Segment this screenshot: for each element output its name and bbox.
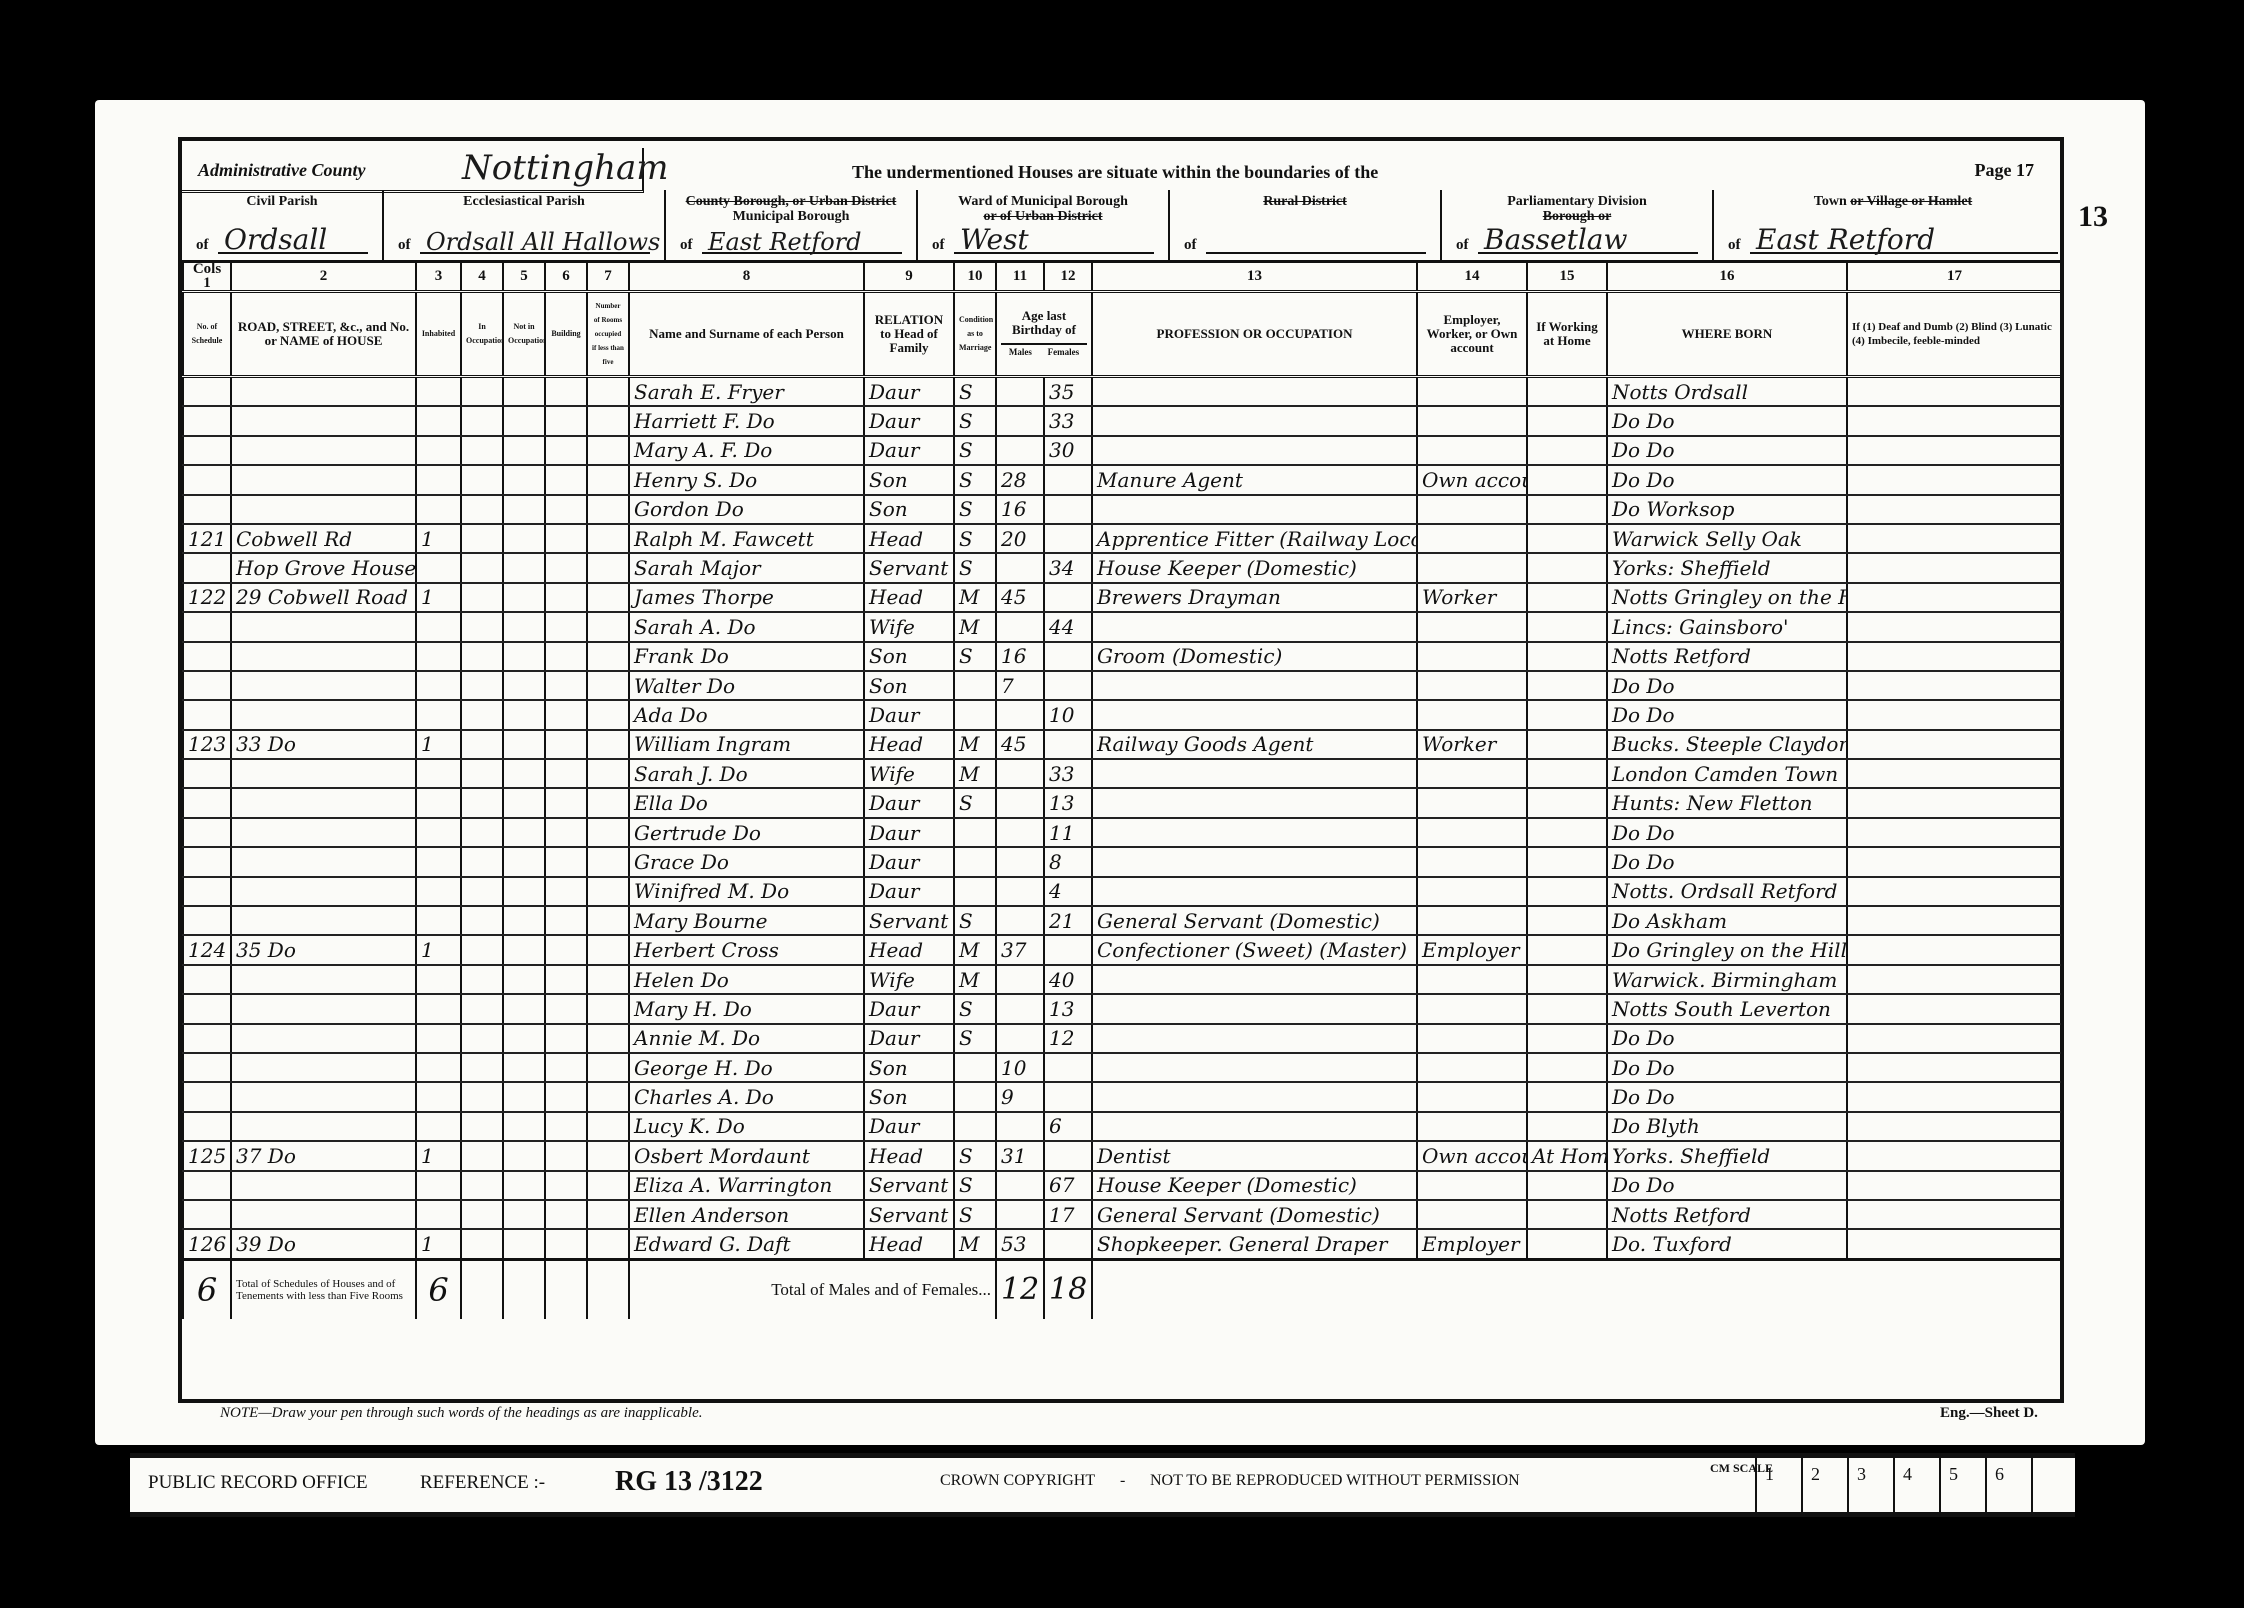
- at-home: [1527, 788, 1607, 817]
- address: [231, 847, 416, 876]
- not-in-occupation: [503, 847, 545, 876]
- in-occupation: [461, 700, 503, 729]
- male-age: [996, 994, 1044, 1023]
- person-name: Sarah E. Fryer: [629, 377, 864, 407]
- where-born: Lincs: Gainsboro': [1607, 612, 1847, 641]
- person-name: Winifred M. Do: [629, 877, 864, 906]
- occupation: House Keeper (Domestic): [1092, 553, 1417, 582]
- building: [545, 1112, 587, 1141]
- relation: Head: [864, 583, 954, 612]
- total-persons-label: Total of Males and of Females...: [629, 1259, 996, 1319]
- boundaries-text: The undermentioned Houses are situate wi…: [852, 162, 1378, 183]
- at-home: [1527, 1024, 1607, 1053]
- address: [231, 495, 416, 524]
- schedule-number: [183, 1171, 231, 1200]
- building: [545, 377, 587, 407]
- schedule-number: [183, 877, 231, 906]
- condition: M: [954, 583, 996, 612]
- inhabited: [416, 612, 461, 641]
- not-in-occupation: [503, 553, 545, 582]
- inhabited: [416, 1024, 461, 1053]
- relation: Head: [864, 935, 954, 964]
- occupation: Brewers Drayman: [1092, 583, 1417, 612]
- male-age: [996, 553, 1044, 582]
- at-home: [1527, 1200, 1607, 1229]
- relation: Wife: [864, 965, 954, 994]
- where-born: Do Do: [1607, 1171, 1847, 1200]
- condition: [954, 1053, 996, 1082]
- rooms: [587, 671, 629, 700]
- condition: S: [954, 1141, 996, 1170]
- table-row: Walter DoSon7Do Do: [183, 671, 2061, 700]
- in-occupation: [461, 1024, 503, 1053]
- header-at-home: If Working at Home: [1527, 292, 1607, 377]
- employer: Own account: [1417, 1141, 1527, 1170]
- male-age: [996, 700, 1044, 729]
- female-age: 13: [1044, 788, 1092, 817]
- schedule-number: [183, 671, 231, 700]
- schedule-number: 121: [183, 524, 231, 553]
- of-label: of: [196, 237, 209, 254]
- table-row: 12333 Do1William IngramHeadM45Railway Go…: [183, 730, 2061, 759]
- table-row: Mary H. DoDaurS13Notts South Leverton: [183, 994, 2061, 1023]
- empty-cell: [503, 1259, 545, 1319]
- schedule-number: [183, 553, 231, 582]
- inhabited: [416, 553, 461, 582]
- infirmity: [1847, 465, 2061, 494]
- female-age: [1044, 642, 1092, 671]
- address: 33 Do: [231, 730, 416, 759]
- at-home: [1527, 818, 1607, 847]
- schedule-number: [183, 700, 231, 729]
- person-name: Gertrude Do: [629, 818, 864, 847]
- building: [545, 583, 587, 612]
- condition: [954, 671, 996, 700]
- not-in-occupation: [503, 1082, 545, 1111]
- rooms: [587, 612, 629, 641]
- schedule-number: [183, 788, 231, 817]
- employer: [1417, 553, 1527, 582]
- rooms: [587, 877, 629, 906]
- at-home: [1527, 906, 1607, 935]
- rooms: [587, 642, 629, 671]
- condition: S: [954, 465, 996, 494]
- infirmity: [1847, 818, 2061, 847]
- table-row: Winifred M. DoDaur4Notts. Ordsall Retfor…: [183, 877, 2061, 906]
- in-occupation: [461, 583, 503, 612]
- where-born: Do Do: [1607, 700, 1847, 729]
- infirmity: [1847, 436, 2061, 465]
- where-born: Do Do: [1607, 465, 1847, 494]
- col-num: 11: [996, 262, 1044, 292]
- area-value: Ordsall All Hallows: [426, 228, 660, 256]
- area-town: Town or Village or Hamlet of East Retfor…: [1714, 190, 2072, 260]
- at-home: [1527, 994, 1607, 1023]
- where-born: Do Do: [1607, 1082, 1847, 1111]
- schedule-number: [183, 612, 231, 641]
- rooms: [587, 759, 629, 788]
- female-age: [1044, 935, 1092, 964]
- column-headers: No. of Schedule ROAD, STREET, &c., and N…: [183, 292, 2061, 377]
- occupation: [1092, 700, 1417, 729]
- header-age: Age last Birthday of Males Females: [996, 292, 1092, 377]
- employer: [1417, 612, 1527, 641]
- in-occupation: [461, 1141, 503, 1170]
- building: [545, 612, 587, 641]
- not-in-occupation: [503, 1112, 545, 1141]
- area-struck-text: or Village or Hamlet: [1850, 194, 1972, 209]
- col-num: 13: [1092, 262, 1417, 292]
- male-age: [996, 436, 1044, 465]
- infirmity: [1847, 965, 2061, 994]
- admin-county-label: Administrative County: [198, 160, 366, 181]
- address: [231, 642, 416, 671]
- relation: Head: [864, 524, 954, 553]
- not-in-occupation: [503, 642, 545, 671]
- male-age: 16: [996, 495, 1044, 524]
- employer: [1417, 700, 1527, 729]
- in-occupation: [461, 1082, 503, 1111]
- scale-mark: 3: [1847, 1458, 1893, 1512]
- condition: S: [954, 524, 996, 553]
- not-in-occupation: [503, 788, 545, 817]
- occupation: [1092, 965, 1417, 994]
- condition: S: [954, 377, 996, 407]
- inhabited: [416, 759, 461, 788]
- header-name: Name and Surname of each Person: [629, 292, 864, 377]
- female-age: 34: [1044, 553, 1092, 582]
- occupation: Manure Agent: [1092, 465, 1417, 494]
- table-row: Harriett F. DoDaurS33Do Do: [183, 406, 2061, 435]
- building: [545, 906, 587, 935]
- col-num: 2: [231, 262, 416, 292]
- condition: S: [954, 1200, 996, 1229]
- copyright-label: CROWN COPYRIGHT: [940, 1472, 1095, 1490]
- col-num: 14: [1417, 262, 1527, 292]
- employer: [1417, 1024, 1527, 1053]
- relation: Head: [864, 730, 954, 759]
- not-in-occupation: [503, 877, 545, 906]
- in-occupation: [461, 847, 503, 876]
- not-in-occupation: [503, 612, 545, 641]
- infirmity: [1847, 1112, 2061, 1141]
- female-age: [1044, 730, 1092, 759]
- employer: [1417, 671, 1527, 700]
- at-home: At Home: [1527, 1141, 1607, 1170]
- address: 35 Do: [231, 935, 416, 964]
- condition: M: [954, 965, 996, 994]
- not-in-occupation: [503, 377, 545, 407]
- building: [545, 406, 587, 435]
- address: Hop Grove House: [231, 553, 416, 582]
- occupation: Apprentice Fitter (Railway Loco.): [1092, 524, 1417, 553]
- female-age: [1044, 1053, 1092, 1082]
- inhabited: [416, 700, 461, 729]
- occupation: [1092, 1082, 1417, 1111]
- table-row: 12537 Do1Osbert MordauntHeadS31DentistOw…: [183, 1141, 2061, 1170]
- female-age: [1044, 1082, 1092, 1111]
- infirmity: [1847, 1171, 2061, 1200]
- male-age: [996, 818, 1044, 847]
- inhabited: [416, 965, 461, 994]
- employer: Worker: [1417, 583, 1527, 612]
- building: [545, 1171, 587, 1200]
- person-name: Mary A. F. Do: [629, 436, 864, 465]
- of-label: of: [680, 237, 693, 254]
- admin-county-value: Nottingham: [462, 148, 669, 188]
- admin-county-box: Administrative County Nottingham: [182, 148, 644, 193]
- inhabited: [416, 877, 461, 906]
- female-age: 21: [1044, 906, 1092, 935]
- rooms: [587, 935, 629, 964]
- rooms: [587, 1024, 629, 1053]
- inhabited: [416, 1082, 461, 1111]
- relation: Son: [864, 495, 954, 524]
- area-parliamentary-division: Parliamentary DivisionBorough or of Bass…: [1442, 190, 1714, 260]
- male-age: [996, 906, 1044, 935]
- female-age: 11: [1044, 818, 1092, 847]
- area-label: Ward of Municipal Borough: [958, 194, 1128, 209]
- scale-mark: 2: [1801, 1458, 1847, 1512]
- at-home: [1527, 642, 1607, 671]
- where-born: Notts. Ordsall Retford: [1607, 877, 1847, 906]
- male-age: 9: [996, 1082, 1044, 1111]
- folio-number: 13: [2078, 200, 2108, 234]
- address: [231, 1112, 416, 1141]
- male-age: [996, 1112, 1044, 1141]
- condition: [954, 877, 996, 906]
- area-header: Civil Parish of Ordsall Ecclesiastical P…: [182, 190, 2060, 263]
- at-home: [1527, 406, 1607, 435]
- empty-cell: [587, 1259, 629, 1319]
- female-age: [1044, 465, 1092, 494]
- where-born: Yorks. Sheffield: [1607, 1141, 1847, 1170]
- occupation: [1092, 1112, 1417, 1141]
- where-born: Notts Retford: [1607, 642, 1847, 671]
- relation: Servant: [864, 553, 954, 582]
- rooms: [587, 1200, 629, 1229]
- table-row: 12435 Do1Herbert CrossHeadM37Confectione…: [183, 935, 2061, 964]
- in-occupation: [461, 524, 503, 553]
- relation: Daur: [864, 406, 954, 435]
- rooms: [587, 1229, 629, 1259]
- table-row: Grace DoDaur8Do Do: [183, 847, 2061, 876]
- schedule-number: 123: [183, 730, 231, 759]
- header-males: Males: [1009, 345, 1032, 359]
- inhabited: [416, 406, 461, 435]
- condition: S: [954, 406, 996, 435]
- building: [545, 1229, 587, 1259]
- person-name: Harriett F. Do: [629, 406, 864, 435]
- address: [231, 436, 416, 465]
- rooms: [587, 465, 629, 494]
- condition: [954, 1082, 996, 1111]
- at-home: [1527, 583, 1607, 612]
- person-name: Ada Do: [629, 700, 864, 729]
- where-born: Notts Ordsall: [1607, 377, 1847, 407]
- in-occupation: [461, 406, 503, 435]
- rooms: [587, 700, 629, 729]
- cm-scale: 1 2 3 4 5 6: [1755, 1458, 2091, 1512]
- at-home: [1527, 553, 1607, 582]
- inhabited: [416, 1200, 461, 1229]
- employer: [1417, 436, 1527, 465]
- address: [231, 818, 416, 847]
- relation: Daur: [864, 436, 954, 465]
- where-born: Do Do: [1607, 1024, 1847, 1053]
- employer: [1417, 759, 1527, 788]
- male-age: 45: [996, 583, 1044, 612]
- in-occupation: [461, 965, 503, 994]
- occupation: [1092, 406, 1417, 435]
- occupation: [1092, 759, 1417, 788]
- area-ward: Ward of Municipal Boroughor of Urban Dis…: [918, 190, 1170, 260]
- schedule-number: [183, 906, 231, 935]
- col-num: Cols 1: [183, 262, 231, 292]
- where-born: Do Blyth: [1607, 1112, 1847, 1141]
- in-occupation: [461, 906, 503, 935]
- not-in-occupation: [503, 465, 545, 494]
- not-in-occupation: [503, 436, 545, 465]
- total-males: 12: [996, 1259, 1044, 1319]
- building: [545, 818, 587, 847]
- rooms: [587, 818, 629, 847]
- of-label: of: [1184, 237, 1197, 254]
- address: [231, 700, 416, 729]
- in-occupation: [461, 994, 503, 1023]
- in-occupation: [461, 671, 503, 700]
- not-in-occupation: [503, 671, 545, 700]
- infirmity: [1847, 877, 2061, 906]
- female-age: 35: [1044, 377, 1092, 407]
- where-born: Warwick Selly Oak: [1607, 524, 1847, 553]
- area-struck-text: Borough or: [1543, 209, 1612, 224]
- female-age: 30: [1044, 436, 1092, 465]
- relation: Head: [864, 1229, 954, 1259]
- infirmity: [1847, 847, 2061, 876]
- inhabited: [416, 436, 461, 465]
- relation: Son: [864, 1053, 954, 1082]
- condition: M: [954, 730, 996, 759]
- rooms: [587, 965, 629, 994]
- address: [231, 1082, 416, 1111]
- in-occupation: [461, 1053, 503, 1082]
- person-name: Annie M. Do: [629, 1024, 864, 1053]
- area-municipal-borough: County Borough, or Urban DistrictMunicip…: [666, 190, 918, 260]
- infirmity: [1847, 788, 2061, 817]
- relation: Daur: [864, 1112, 954, 1141]
- at-home: [1527, 965, 1607, 994]
- employer: [1417, 965, 1527, 994]
- address: [231, 377, 416, 407]
- condition: [954, 700, 996, 729]
- female-age: 6: [1044, 1112, 1092, 1141]
- schedule-number: [183, 1112, 231, 1141]
- male-age: [996, 1024, 1044, 1053]
- inhabited: [416, 906, 461, 935]
- column-numbers: Cols 1 2 3 4 5 6 7 8 9 10 11 12 13 14 15…: [183, 262, 2061, 292]
- infirmity: [1847, 700, 2061, 729]
- inhabited: [416, 642, 461, 671]
- at-home: [1527, 612, 1607, 641]
- rooms: [587, 1141, 629, 1170]
- relation: Son: [864, 1082, 954, 1111]
- header-rooms: Number of Rooms occupied if less than fi…: [587, 292, 629, 377]
- in-occupation: [461, 818, 503, 847]
- person-name: Mary H. Do: [629, 994, 864, 1023]
- schedule-number: [183, 436, 231, 465]
- where-born: Bucks. Steeple Claydon: [1607, 730, 1847, 759]
- empty-cell: [461, 1259, 503, 1319]
- schedule-number: [183, 1200, 231, 1229]
- col-num: 17: [1847, 262, 2061, 292]
- schedule-number: [183, 759, 231, 788]
- male-age: [996, 1171, 1044, 1200]
- header-infirmity: If (1) Deaf and Dumb (2) Blind (3) Lunat…: [1847, 292, 2061, 377]
- table-row: Frank DoSonS16Groom (Domestic)Notts Retf…: [183, 642, 2061, 671]
- at-home: [1527, 935, 1607, 964]
- inhabited: [416, 377, 461, 407]
- employer: Employer: [1417, 1229, 1527, 1259]
- where-born: Do. Tuxford: [1607, 1229, 1847, 1259]
- col-num: 16: [1607, 262, 1847, 292]
- rooms: [587, 730, 629, 759]
- reference-value: RG 13 /3122: [615, 1466, 763, 1498]
- occupation: [1092, 877, 1417, 906]
- rooms: [587, 436, 629, 465]
- area-label: Civil Parish: [246, 194, 317, 209]
- relation: Wife: [864, 759, 954, 788]
- table-row: Gertrude DoDaur11Do Do: [183, 818, 2061, 847]
- female-age: [1044, 583, 1092, 612]
- relation: Daur: [864, 818, 954, 847]
- infirmity: [1847, 495, 2061, 524]
- not-in-occupation: [503, 965, 545, 994]
- not-in-occupation: [503, 700, 545, 729]
- total-houses-inhabited: 6: [416, 1259, 461, 1319]
- employer: [1417, 524, 1527, 553]
- female-age: 33: [1044, 406, 1092, 435]
- rooms: [587, 788, 629, 817]
- schedule-number: 124: [183, 935, 231, 964]
- census-rows: Sarah E. FryerDaurS35Notts OrdsallHarrie…: [183, 377, 2061, 1260]
- person-name: Herbert Cross: [629, 935, 864, 964]
- male-age: 37: [996, 935, 1044, 964]
- area-ecclesiastical-parish: Ecclesiastical Parish of Ordsall All Hal…: [384, 190, 666, 260]
- at-home: [1527, 465, 1607, 494]
- rooms: [587, 553, 629, 582]
- employer: [1417, 406, 1527, 435]
- condition: [954, 1112, 996, 1141]
- at-home: [1527, 1112, 1607, 1141]
- not-in-occupation: [503, 1200, 545, 1229]
- where-born: Hunts: New Fletton: [1607, 788, 1847, 817]
- table-row: Ada DoDaur10Do Do: [183, 700, 2061, 729]
- male-age: [996, 847, 1044, 876]
- of-label: of: [932, 237, 945, 254]
- address: [231, 965, 416, 994]
- table-row: Sarah A. DoWifeM44Lincs: Gainsboro': [183, 612, 2061, 641]
- schedule-number: [183, 818, 231, 847]
- where-born: Do Do: [1607, 406, 1847, 435]
- archive-reference-strip: PUBLIC RECORD OFFICE REFERENCE :- RG 13 …: [130, 1453, 2075, 1517]
- where-born: Warwick. Birmingham: [1607, 965, 1847, 994]
- infirmity: [1847, 994, 2061, 1023]
- inhabited: 1: [416, 1229, 461, 1259]
- schedule-number: [183, 1082, 231, 1111]
- person-name: Henry S. Do: [629, 465, 864, 494]
- female-age: 33: [1044, 759, 1092, 788]
